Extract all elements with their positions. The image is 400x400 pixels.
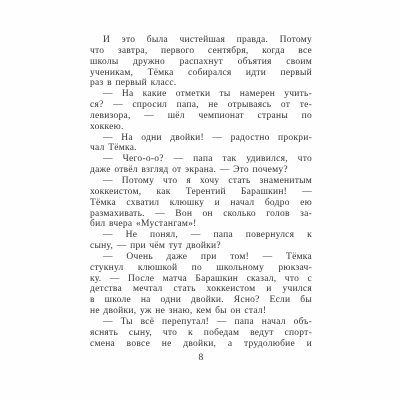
text-line: детства мечтал стать хоккеистом и учился [90,284,312,295]
text-line: стукнул клюшкой по школьному рюкзач- [90,263,312,274]
text-line: школы дружно распахнут объятия своим [90,57,312,68]
page-text: И это была чистейшая правда. Потому что … [90,35,312,349]
book-page: И это была чистейшая правда. Потому что … [0,0,400,400]
text-line: чал Тёмка. [90,143,312,154]
text-line: яснять сыну, что к победам ведут спорт- [90,328,312,339]
text-line: Тёмка схватил клюшку и начал бодро ею [90,198,312,209]
text-line: ученикам, Тёмка собирался идти первый [90,68,312,79]
text-line: бил вчера «Мустангам»! [90,219,312,230]
text-line: хоккею. [90,122,312,133]
page-number: 8 [90,353,312,363]
text-line: — На какие отметки ты намерен учить- [90,89,312,100]
text-line: что завтра, первого сентября, когда все [90,46,312,57]
text-line: — На одни двойки! — радостно прокри- [90,133,312,144]
text-line: ся? — спросил папа, не отрываясь от те- [90,100,312,111]
text-line: хоккеистом, как Терентий Барашкин! — [90,187,312,198]
text-line: — Ты всё перепутал! — папа начал объ- [90,317,312,328]
text-line: не двойки, уж не знаю, кем бы он стал! [90,306,312,317]
text-line: — Чего-о-о? — папа так удивился, что [90,154,312,165]
text-line: левизора, — шёл чемпионат страны по [90,111,312,122]
text-line: сыну, — при чём тут двойки? [90,241,312,252]
text-line: в школе на одни двойки. Ясно? Если бы [90,295,312,306]
text-line: раз в первый класс. [90,78,312,89]
text-line: размахивать. — Вон он сколько голов за- [90,209,312,220]
text-line: — Очень даже при том! — Тёмка [90,252,312,263]
text-line: И это была чистейшая правда. Потому [90,35,312,46]
text-line: даже отвёл взгляд от экрана. — Это почем… [90,165,312,176]
text-line: ку. — После матча Барашкин сказал, что с [90,274,312,285]
text-line: — Не понял, — папа повернулся к [90,230,312,241]
text-line: — Потому что я хочу стать знаменитым [90,176,312,187]
text-line: смена вовсе не двойки, а трудолюбие и [90,339,312,350]
